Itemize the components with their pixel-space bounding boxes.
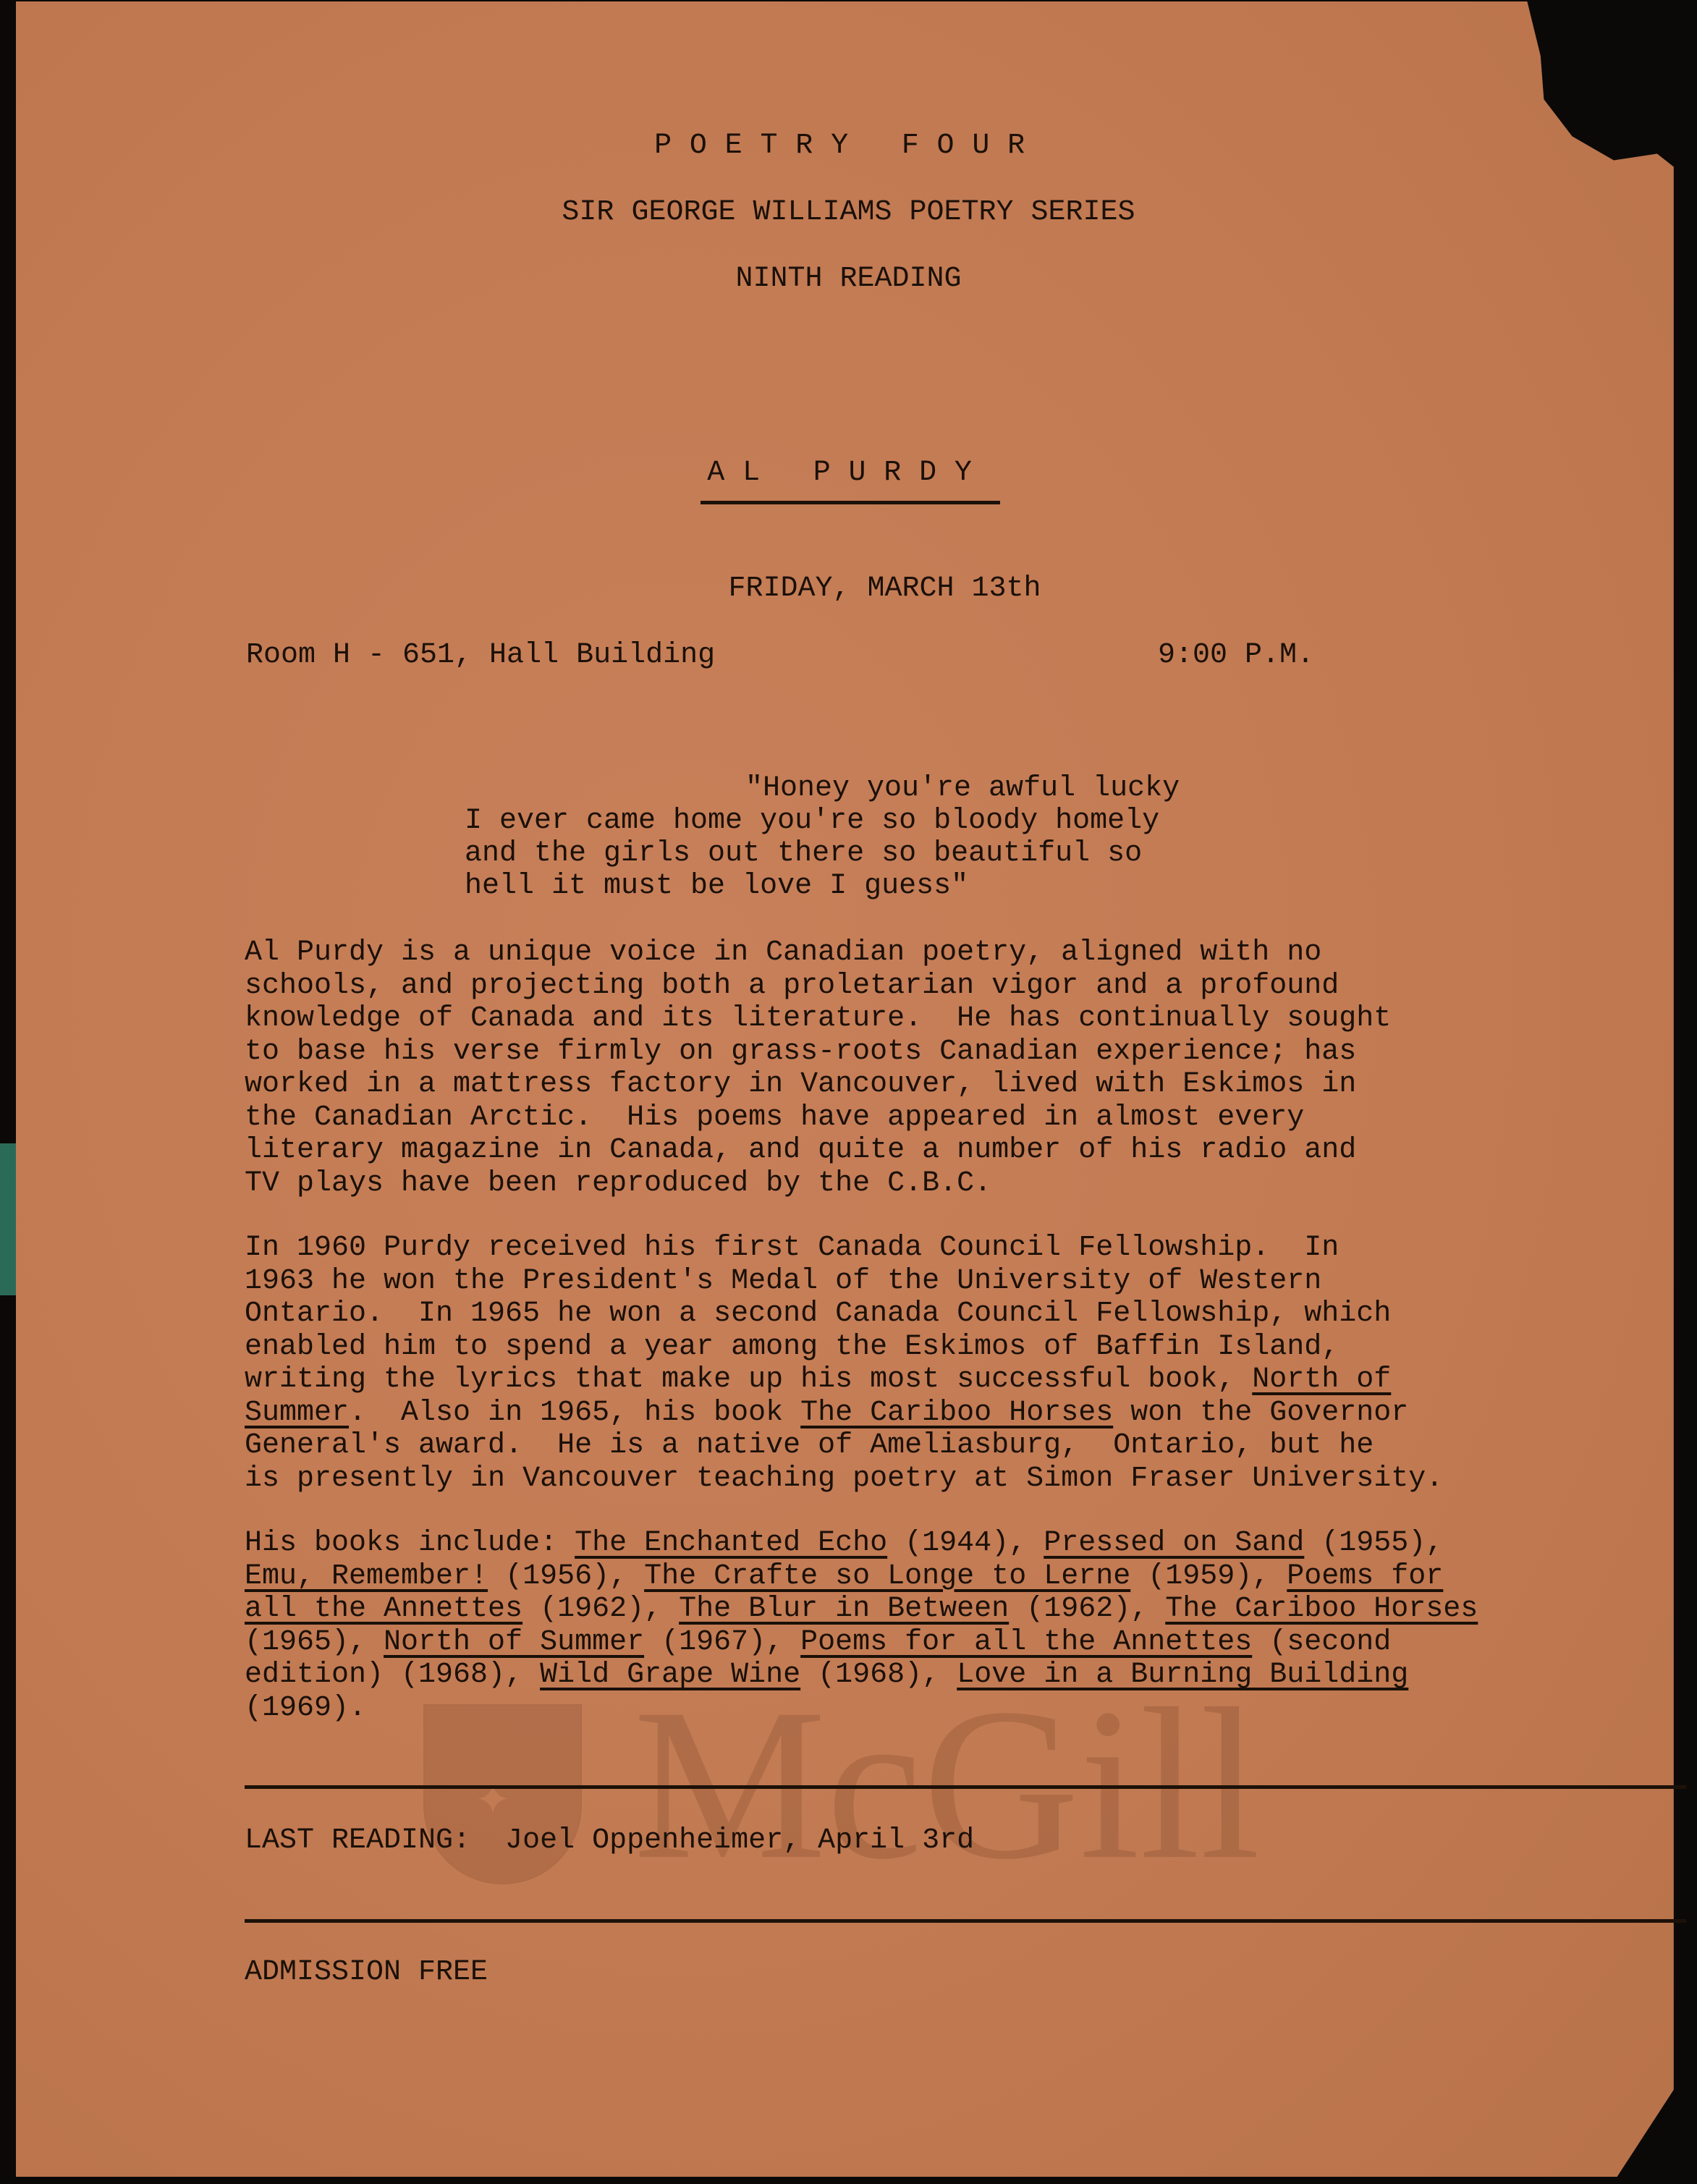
divider-rule	[245, 1919, 1686, 1923]
event-time: 9:00 P.M.	[1158, 638, 1314, 673]
poet-name-underline	[701, 501, 1000, 504]
admission-note: ADMISSION FREE	[245, 1955, 488, 1990]
epigraph-line: and the girls out there so beautiful so	[465, 837, 1142, 871]
book-title: Summer	[245, 1397, 349, 1429]
last-reading-note: LAST READING: Joel Oppenheimer, April 3r…	[245, 1824, 974, 1858]
book-title: The Cariboo Horses	[1165, 1593, 1478, 1625]
book-title: The Blur in Between	[679, 1593, 1009, 1625]
event-date: FRIDAY, MARCH 13th	[36, 572, 1697, 606]
epigraph-line: "Honey you're awful lucky	[745, 771, 1180, 806]
bio-paragraph-2: In 1960 Purdy received his first Canada …	[245, 1232, 1685, 1495]
book-title: Pressed on Sand	[1044, 1527, 1304, 1559]
books-list: His books include: The Enchanted Echo (1…	[245, 1527, 1685, 1724]
book-title: The Enchanted Echo	[575, 1527, 887, 1559]
book-title: Poems for	[1287, 1560, 1443, 1593]
book-title: Emu, Remember!	[245, 1560, 488, 1593]
reading-number: NINTH READING	[0, 262, 1697, 297]
epigraph-line: hell it must be love I guess"	[465, 869, 968, 904]
book-title: North of	[1252, 1363, 1391, 1396]
bio-paragraph-1: Al Purdy is a unique voice in Canadian p…	[245, 936, 1685, 1200]
book-title: all the Annettes	[245, 1593, 522, 1625]
event-location: Room H - 651, Hall Building	[246, 638, 715, 673]
book-title: The Cariboo Horses	[800, 1397, 1113, 1429]
book-title: North of Summer	[384, 1626, 644, 1659]
book-title: Wild Grape Wine	[540, 1659, 800, 1691]
series-title: POETRY FOUR	[0, 129, 1697, 164]
book-title: Poems for all the Annettes	[800, 1626, 1252, 1659]
book-title: The Crafte so Longe to Lerne	[644, 1560, 1130, 1593]
flyer: POETRY FOUR SIR GEORGE WILLIAMS POETRY S…	[0, 0, 1697, 2184]
divider-rule	[245, 1785, 1686, 1789]
poet-name: AL PURDY	[0, 456, 1697, 491]
series-name: SIR GEORGE WILLIAMS POETRY SERIES	[0, 195, 1697, 230]
book-title: Love in a Burning Building	[957, 1659, 1408, 1691]
epigraph-line: I ever came home you're so bloody homely	[465, 804, 1159, 839]
